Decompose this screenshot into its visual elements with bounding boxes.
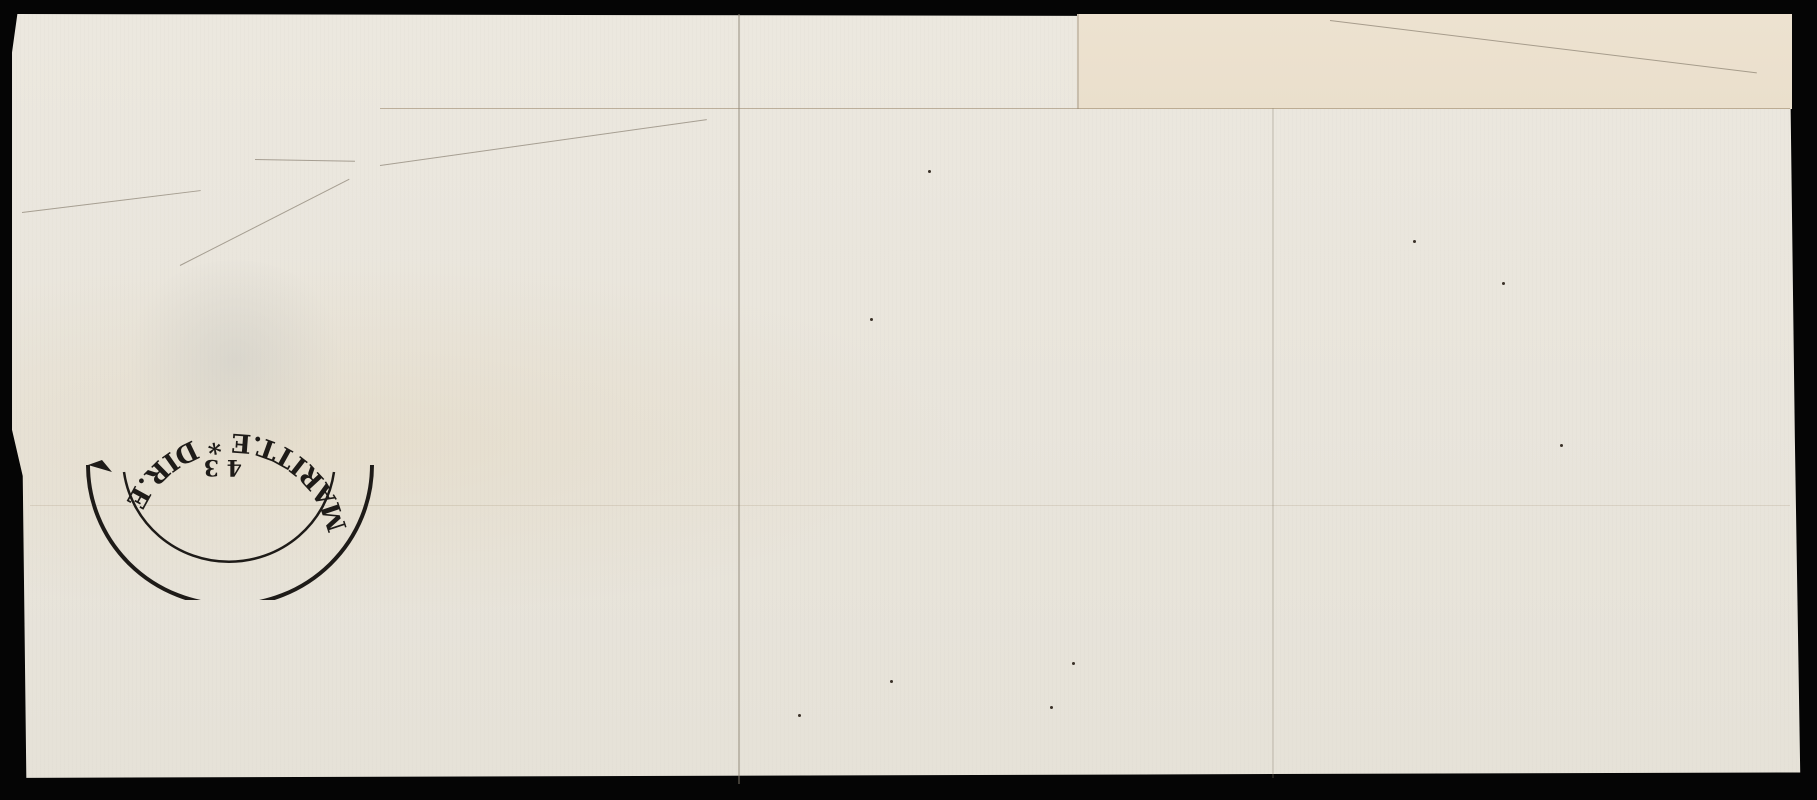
speck: [870, 318, 873, 321]
fold-line-right: [1272, 108, 1274, 778]
paper-flap: [1077, 14, 1792, 109]
fold-line-flap-edge: [1077, 14, 1079, 109]
speck: [890, 680, 893, 683]
speck: [1050, 706, 1053, 709]
speck: [1413, 240, 1416, 243]
fold-line-center: [738, 14, 740, 784]
speck: [928, 170, 931, 173]
postmark-inner-marks: 4 3: [204, 454, 242, 480]
speck: [1072, 662, 1075, 665]
fold-line-top: [380, 108, 1790, 109]
speck: [1502, 282, 1505, 285]
speck: [798, 714, 801, 717]
postmark-handstamp: MARITT.E * DIR.E 4 3: [82, 400, 382, 600]
speck: [1560, 444, 1563, 447]
